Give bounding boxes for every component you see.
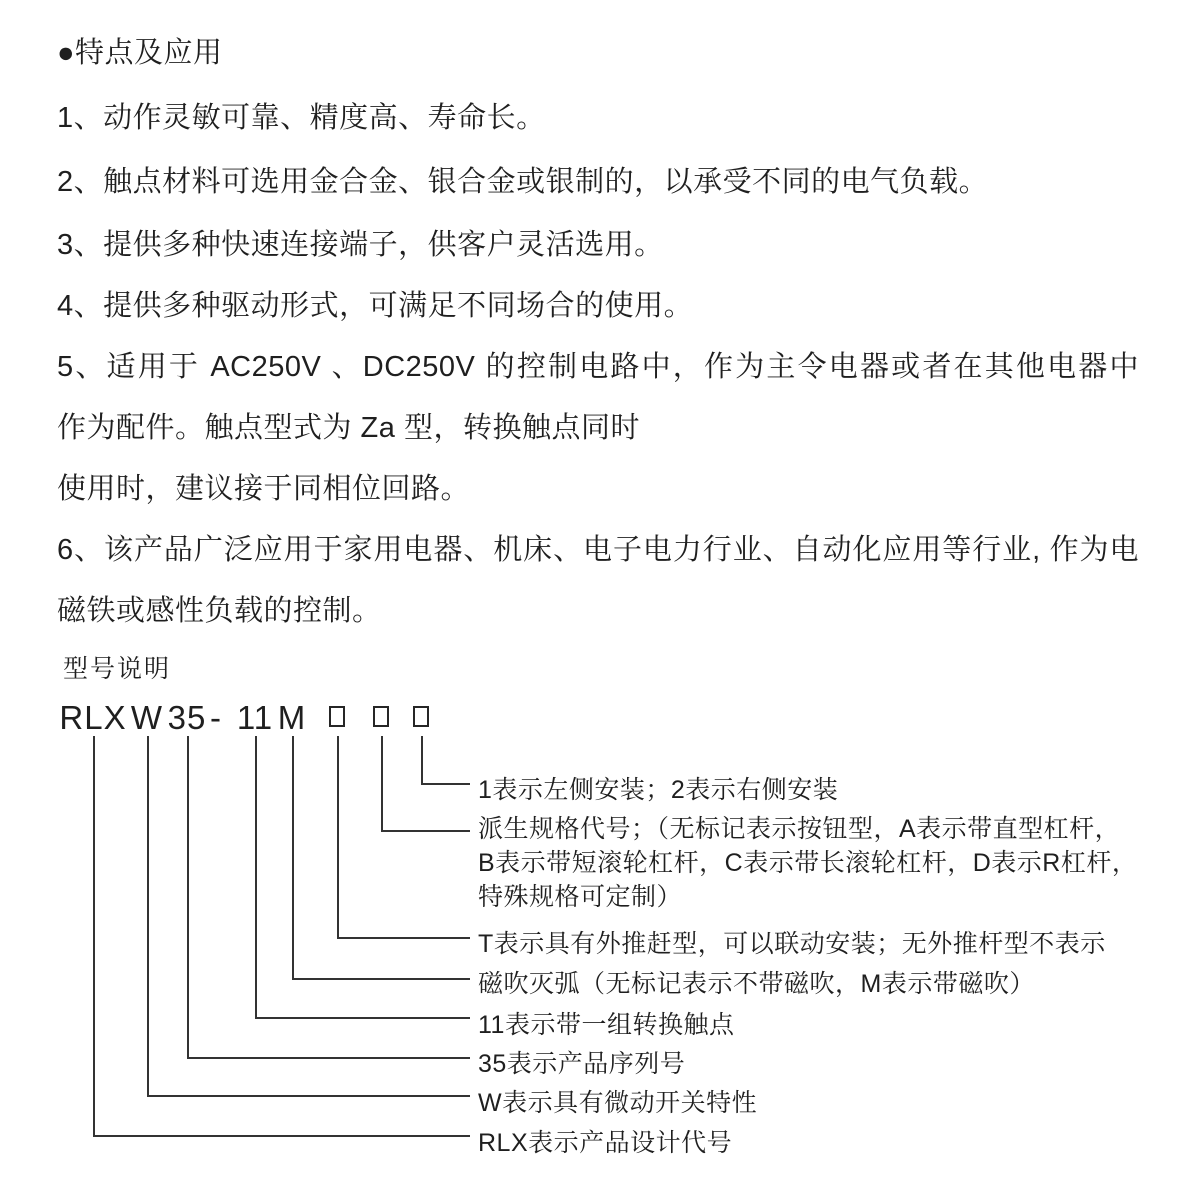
connector-hline-w — [147, 1095, 470, 1097]
label-magnetic-blowout: 磁吹灭弧（无标记表示不带磁吹，M表示带磁吹） — [478, 964, 1035, 1000]
model-part-m: M — [278, 699, 307, 737]
document-page: { "page": { "background": "#ffffff", "te… — [0, 0, 1200, 1179]
feature-line-5b: 作为配件。触点型式为 Za 型，转换触点同时 — [57, 405, 640, 446]
connector-vline-11 — [255, 736, 257, 1017]
feature-line-3: 3、提供多种快速连接端子，供客户灵活选用。 — [57, 222, 664, 263]
connector-vline-rlx — [93, 736, 95, 1135]
connector-hline-box1 — [337, 937, 470, 939]
model-placeholder-box-1 — [329, 706, 345, 727]
model-part-dash: - — [210, 699, 222, 737]
model-part-11: 11 — [237, 699, 273, 737]
feature-line-6b: 磁铁或感性负载的控制。 — [57, 588, 382, 629]
connector-hline-box3 — [421, 783, 470, 785]
connector-vline-35 — [187, 736, 189, 1057]
label-series-number: 35表示产品序列号 — [478, 1044, 685, 1080]
feature-line-5: 5、适用于 AC250V 、DC250V 的控制电路中，作为主令电器或者在其他电… — [57, 344, 1139, 385]
feature-line-2: 2、触点材料可选用金合金、银合金或银制的，以承受不同的电气负载。 — [57, 159, 988, 200]
label-derived-spec-line-1: 派生规格代号；（无标记表示按钮型，A表示带直型杠杆， — [478, 812, 1137, 846]
connector-hline-rlx — [93, 1135, 470, 1137]
label-derived-spec-line-2: B表示带短滚轮杠杆，C表示带长滚轮杠杆，D表示R杠杆， — [478, 846, 1137, 880]
connector-vline-w — [147, 736, 149, 1095]
label-micro-switch: W表示具有微动开关特性 — [478, 1083, 757, 1119]
label-design-code: RLX表示产品设计代号 — [478, 1123, 732, 1159]
connector-hline-11 — [255, 1017, 470, 1019]
model-placeholder-box-2 — [373, 706, 389, 727]
label-contact-group: 11表示带一组转换触点 — [478, 1005, 734, 1041]
feature-line-5c: 使用时，建议接于同相位回路。 — [57, 466, 470, 507]
feature-line-4: 4、提供多种驱动形式，可满足不同场合的使用。 — [57, 283, 693, 324]
label-derived-spec: 派生规格代号；（无标记表示按钮型，A表示带直型杠杆， B表示带短滚轮杠杆，C表示… — [478, 812, 1137, 914]
connector-vline-box3 — [421, 736, 423, 783]
model-section-heading: 型号说明 — [63, 649, 171, 685]
connector-hline-m — [292, 978, 470, 980]
model-part-w: W — [131, 699, 163, 737]
model-part-35: 35 — [168, 699, 207, 737]
feature-line-6: 6、该产品广泛应用于家用电器、机床、电子电力行业、自动化应用等行业, 作为电 — [57, 527, 1139, 568]
connector-vline-box1 — [337, 736, 339, 937]
connector-hline-35 — [187, 1057, 470, 1059]
connector-vline-box2 — [381, 736, 383, 830]
label-derived-spec-line-3: 特殊规格可定制） — [478, 880, 1137, 914]
features-title: ●特点及应用 — [57, 30, 223, 71]
model-part-rlx: RLX — [59, 699, 126, 737]
feature-line-1: 1、动作灵敏可靠、精度高、寿命长。 — [57, 95, 546, 136]
label-push-rod-type: T表示具有外推赶型，可以联动安装；无外推杆型不表示 — [478, 924, 1106, 960]
connector-hline-box2 — [381, 830, 470, 832]
label-mount-side: 1表示左侧安装；2表示右侧安装 — [478, 770, 838, 806]
model-placeholder-box-3 — [413, 706, 429, 727]
connector-vline-m — [292, 736, 294, 978]
